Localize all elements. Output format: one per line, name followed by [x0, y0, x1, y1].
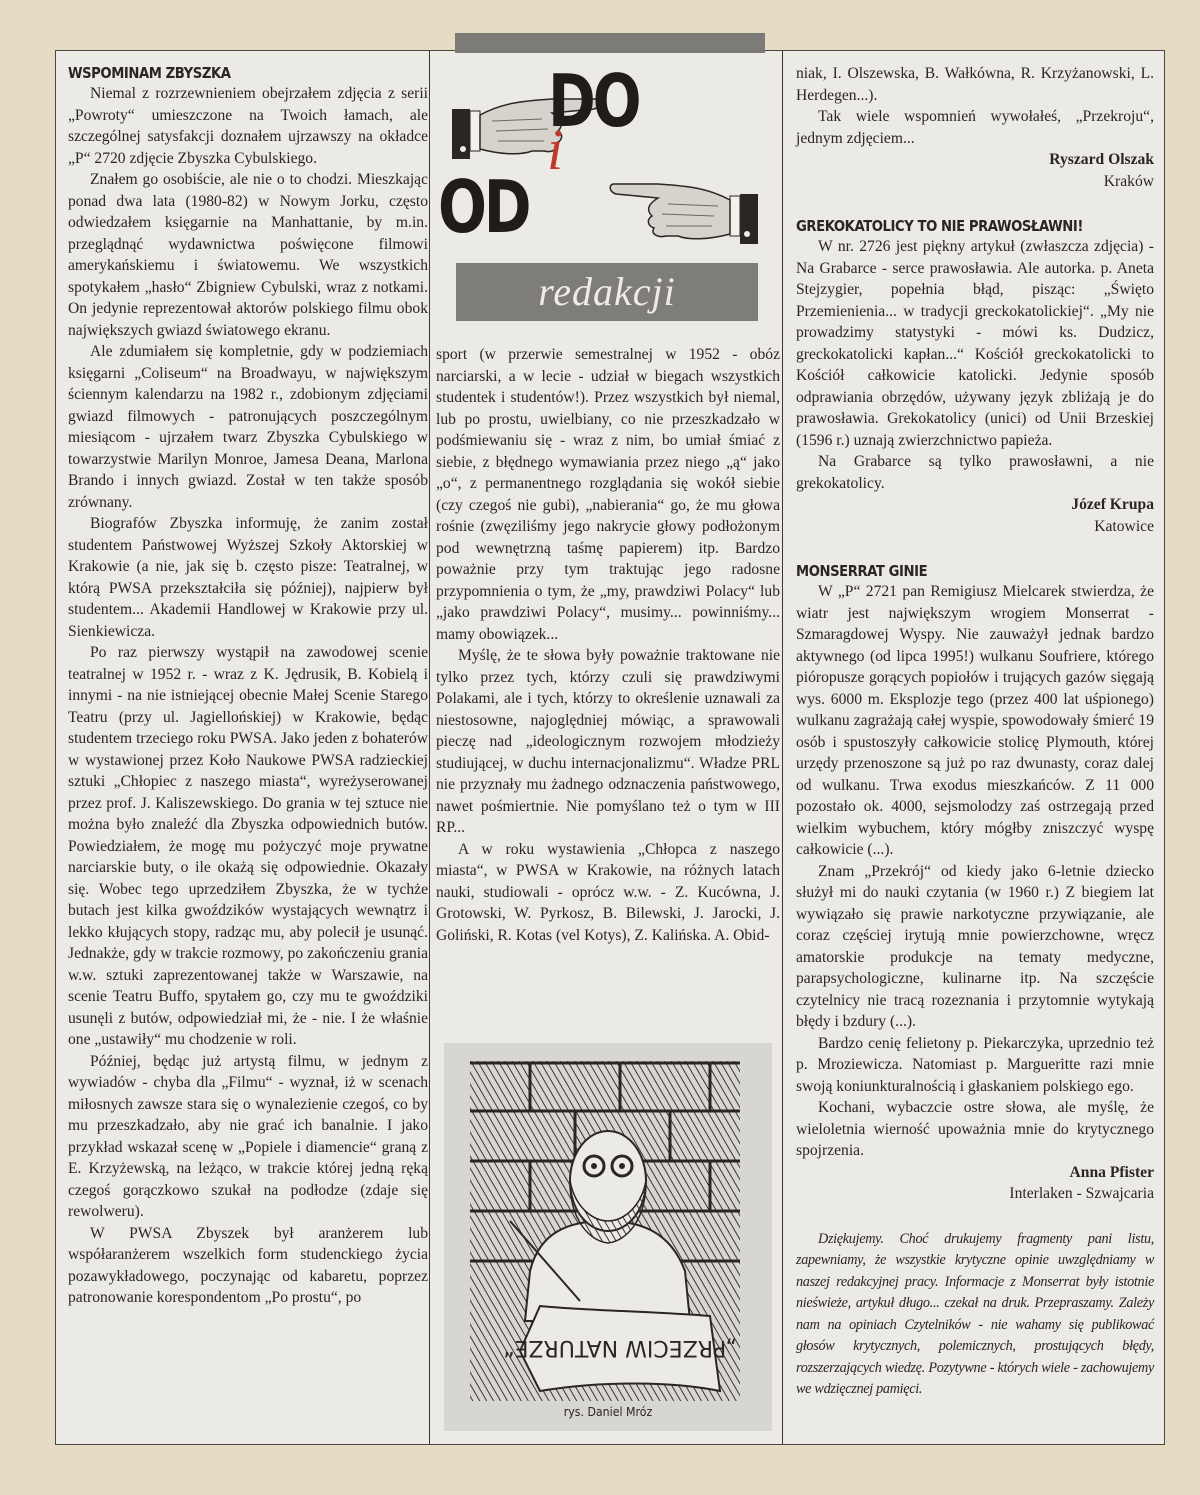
paragraph: Myślę, że te słowa były poważnie traktow… [436, 645, 780, 839]
signature-city: Interlaken - Szwajcaria [796, 1183, 1154, 1205]
top-decorative-bar [455, 33, 765, 53]
paragraph: W „P“ 2721 pan Remigiusz Mielcarek stwie… [796, 581, 1154, 861]
paragraph: Kochani, wybaczcie ostre słowa, ale myśl… [796, 1097, 1154, 1162]
letter-title: WSPOMINAM ZBYSZKA [68, 63, 385, 83]
column-left: WSPOMINAM ZBYSZKA Niemal z rozrzewnienie… [68, 63, 428, 1309]
paragraph: A w roku wystawienia „Chłopca z naszego … [436, 839, 780, 947]
cartoon-credit: rys. Daniel Mróz [464, 1401, 753, 1423]
scroll-text: „PRZECIW NATURZE“ [503, 1335, 737, 1360]
paragraph: Później, będąc już artystą filmu, w jedn… [68, 1051, 428, 1223]
editor-reply: Dziękujemy. Choć drukujemy fragmenty pan… [796, 1229, 1154, 1401]
redakcji-label: redakcji [538, 281, 676, 303]
paragraph: niak, I. Olszewska, B. Wałkówna, R. Krzy… [796, 63, 1154, 106]
column-middle: DO i OD redakcji sport (w przerwie semes… [429, 51, 783, 1444]
cartoon-drawing: „PRZECIW NATURZE“ [470, 1061, 740, 1401]
signature-city: Kraków [796, 171, 1154, 193]
paragraph: W PWSA Zbyszek był aranżerem lub współar… [68, 1223, 428, 1309]
signature-name: Ryszard Olszak [796, 149, 1154, 171]
i-connector: i [547, 139, 563, 161]
signature-city: Katowice [796, 516, 1154, 538]
letter-title: GREKOKATOLICY TO NIE PRAWOSŁAWNI! [796, 216, 1111, 236]
paragraph: Po raz pierwszy wystąpił na zawodowej sc… [68, 642, 428, 1051]
paragraph: Niemal z rozrzewnieniem obejrzałem zdjęc… [68, 83, 428, 169]
signature-name: Anna Pfister [796, 1162, 1154, 1184]
paragraph: W nr. 2726 jest piękny artykuł (zwłaszcz… [796, 236, 1154, 451]
paragraph: Biografów Zbyszka informuję, że zanim zo… [68, 513, 428, 642]
redakcji-band: redakcji [456, 263, 758, 321]
section-header-do-i-od-redakcji: DO i OD redakcji [430, 51, 782, 341]
paragraph: sport (w przerwie semestralnej w 1952 - … [436, 344, 780, 645]
paragraph: Na Grabarce są tylko prawosławni, a nie … [796, 451, 1154, 494]
magazine-page: WSPOMINAM ZBYSZKA Niemal z rozrzewnienie… [55, 50, 1165, 1445]
paragraph: Znam „Przekrój“ od kiedy jako 6-letnie d… [796, 861, 1154, 1033]
letter-title: MONSERRAT GINIE [796, 561, 1111, 581]
pointing-hand-icon [608, 176, 758, 251]
signature-name: Józef Krupa [796, 494, 1154, 516]
column-right: niak, I. Olszewska, B. Wałkówna, R. Krzy… [796, 63, 1154, 1401]
cartoon-illustration: „PRZECIW NATURZE“ rys. Daniel Mróz [444, 1043, 772, 1431]
paragraph: Bardzo cenię felietony p. Piekarczyka, u… [796, 1033, 1154, 1098]
paragraph: Znałem go osobiście, ale nie o to chodzi… [68, 169, 428, 341]
od-heading: OD [438, 171, 528, 243]
letter-continuation: sport (w przerwie semestralnej w 1952 - … [436, 344, 780, 946]
paragraph: Ale zdumiałem się kompletnie, gdy w podz… [68, 341, 428, 513]
paragraph: Tak wiele wspomnień wywołałeś, „Przekroj… [796, 106, 1154, 149]
